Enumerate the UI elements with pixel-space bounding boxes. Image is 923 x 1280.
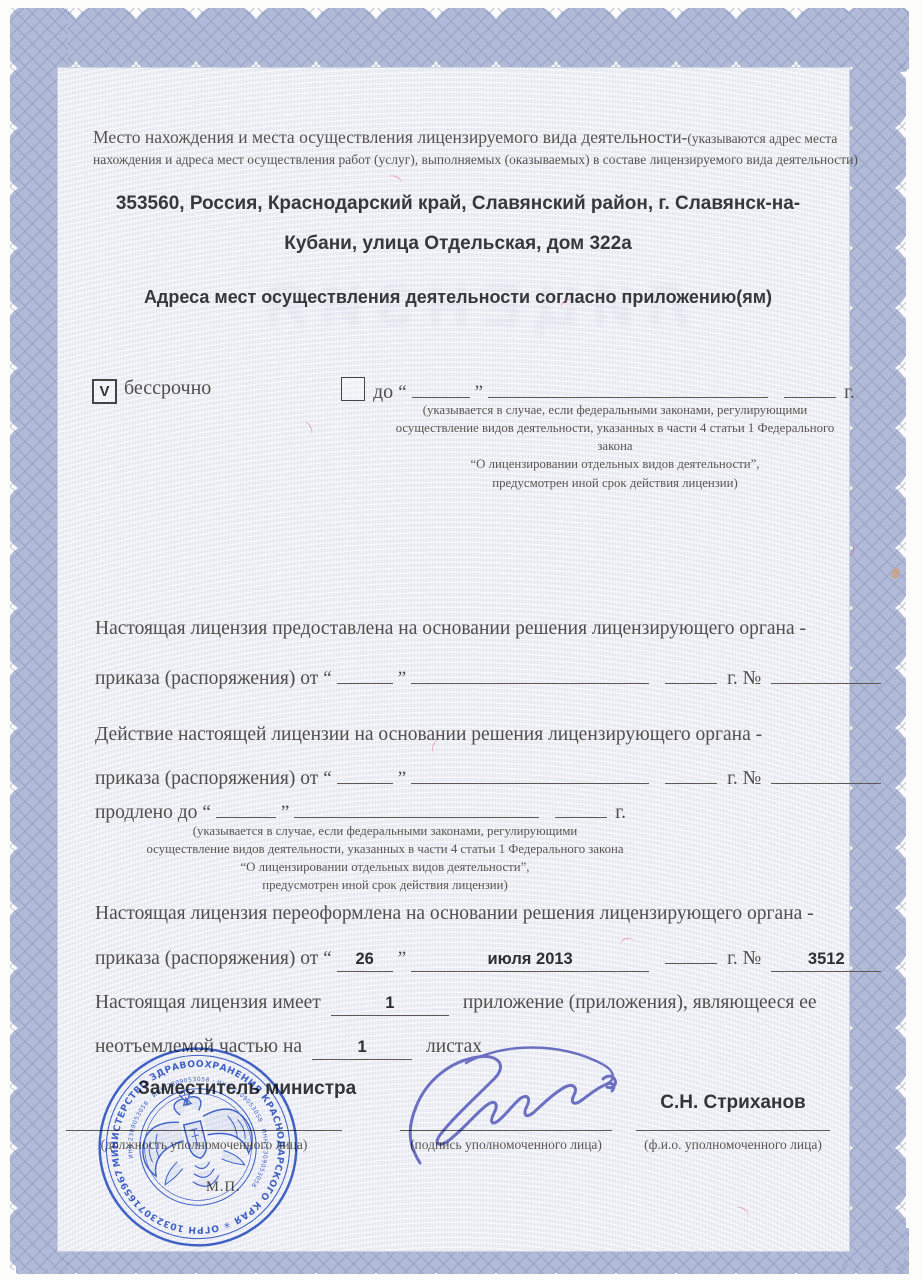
quote-open: “ <box>323 948 331 970</box>
order-month-value: июля 2013 <box>411 950 649 972</box>
extended-line: Действие настоящей лицензии на основании… <box>95 724 762 746</box>
prolonged-label: продлено до <box>95 802 197 824</box>
quote-open: “ <box>323 768 331 790</box>
blank-year <box>784 376 836 398</box>
blank-number <box>771 662 881 684</box>
annex-count-value: 1 <box>331 994 449 1016</box>
border-band-right <box>842 8 906 1270</box>
granted-line: Настоящая лицензия предоставлена на осно… <box>95 618 806 640</box>
until-checkbox <box>341 377 365 401</box>
name-caption: (ф.и.о. уполномоченного лица) <box>630 1137 836 1153</box>
blank-year <box>555 796 607 818</box>
name-line <box>636 1130 830 1131</box>
blank-day <box>337 662 393 684</box>
order-prefix: приказа (распоряжения) от <box>95 768 318 790</box>
footnote-line: (указывается в случае, если федеральными… <box>145 822 625 840</box>
footnote-line: осуществление видов деятельности, указан… <box>145 840 625 858</box>
quote-open: “ <box>323 668 331 690</box>
perpetual-label: бессрочно <box>124 377 211 400</box>
footnote-line: “О лицензировании отдельных видов деятел… <box>145 858 625 876</box>
address-block: 353560, Россия, Краснодарский край, Слав… <box>88 184 828 312</box>
year-label: г. <box>615 802 626 824</box>
footnote-line: осуществление видов деятельности, указан… <box>380 419 850 455</box>
prolonged-footnote: (указывается в случае, если федеральными… <box>145 822 625 895</box>
quote-close: ” <box>398 948 406 970</box>
reissued-order-row: приказа (распоряжения) от “ 26 ” июля 20… <box>95 942 881 972</box>
addresses-annex-note: Адреса мест осуществления деятельности с… <box>88 282 828 312</box>
blank-year <box>665 762 717 784</box>
perpetual-checkmark: V <box>99 383 109 400</box>
blank-year <box>665 662 717 684</box>
perpetual-checkbox: V <box>92 379 117 404</box>
footnote-line: предусмотрен иной срок действия лицензии… <box>380 474 850 492</box>
blank-day <box>412 376 470 398</box>
blank-number <box>771 762 881 784</box>
extended-order-row: приказа (распоряжения) от “ ” г. № <box>95 762 881 790</box>
footnote-line: (указывается в случае, если федеральными… <box>380 401 850 419</box>
license-document-page: ЛИЦЕНЗИЯ Место нахождения и места осущес… <box>0 0 923 1280</box>
blank-year <box>665 942 717 964</box>
blank-day <box>216 796 276 818</box>
annex-row-1: Настоящая лицензия имеет 1 приложение (п… <box>95 992 817 1016</box>
number-label: г. № <box>727 948 761 970</box>
granted-order-row: приказа (распоряжения) от “ ” г. № <box>95 662 881 690</box>
quote-open: “ <box>202 802 210 824</box>
ministry-stamp: МИНИСТЕРСТВО ЗДРАВООХРАНЕНИЯ КРАСНОДАРСК… <box>93 1042 303 1252</box>
order-number-value: 3512 <box>771 950 881 972</box>
blank-month <box>488 376 768 398</box>
until-footnote: (указывается в случае, если федеральными… <box>380 401 850 492</box>
until-date-row: до “ ” г. <box>373 376 855 404</box>
order-prefix: приказа (распоряжения) от <box>95 668 318 690</box>
signer-name: С.Н. Стриханов <box>638 1092 828 1114</box>
number-label: г. № <box>727 668 761 690</box>
address-line-1: 353560, Россия, Краснодарский край, Слав… <box>88 184 828 224</box>
annex-part1: Настоящая лицензия имеет <box>95 992 321 1014</box>
blank-day <box>337 762 393 784</box>
blank-month <box>411 662 649 684</box>
border-band-top <box>16 8 909 72</box>
annex-part2: приложение (приложения), являющееся ее <box>463 992 817 1014</box>
address-line-2: Кубани, улица Отдельская, дом 322а <box>88 224 828 264</box>
prolonged-row: продлено до “ ” г. <box>95 796 626 824</box>
handwritten-signature <box>392 1035 644 1170</box>
quote-close: ” <box>281 802 289 824</box>
number-label: г. № <box>727 768 761 790</box>
blank-month <box>411 762 649 784</box>
reissued-line: Настоящая лицензия переоформлена на осно… <box>95 903 814 925</box>
blank-month <box>294 796 539 818</box>
footnote-line: предусмотрен иной срок действия лицензии… <box>145 876 625 894</box>
order-day-value: 26 <box>337 950 393 972</box>
quote-close: ” <box>398 668 406 690</box>
quote-close: ” <box>398 768 406 790</box>
location-intro-paragraph: Место нахождения и места осуществления л… <box>93 126 865 170</box>
order-prefix: приказа (распоряжения) от <box>95 948 318 970</box>
location-intro-main: Место нахождения и места осуществления л… <box>93 127 687 147</box>
footnote-line: “О лицензировании отдельных видов деятел… <box>380 455 850 473</box>
